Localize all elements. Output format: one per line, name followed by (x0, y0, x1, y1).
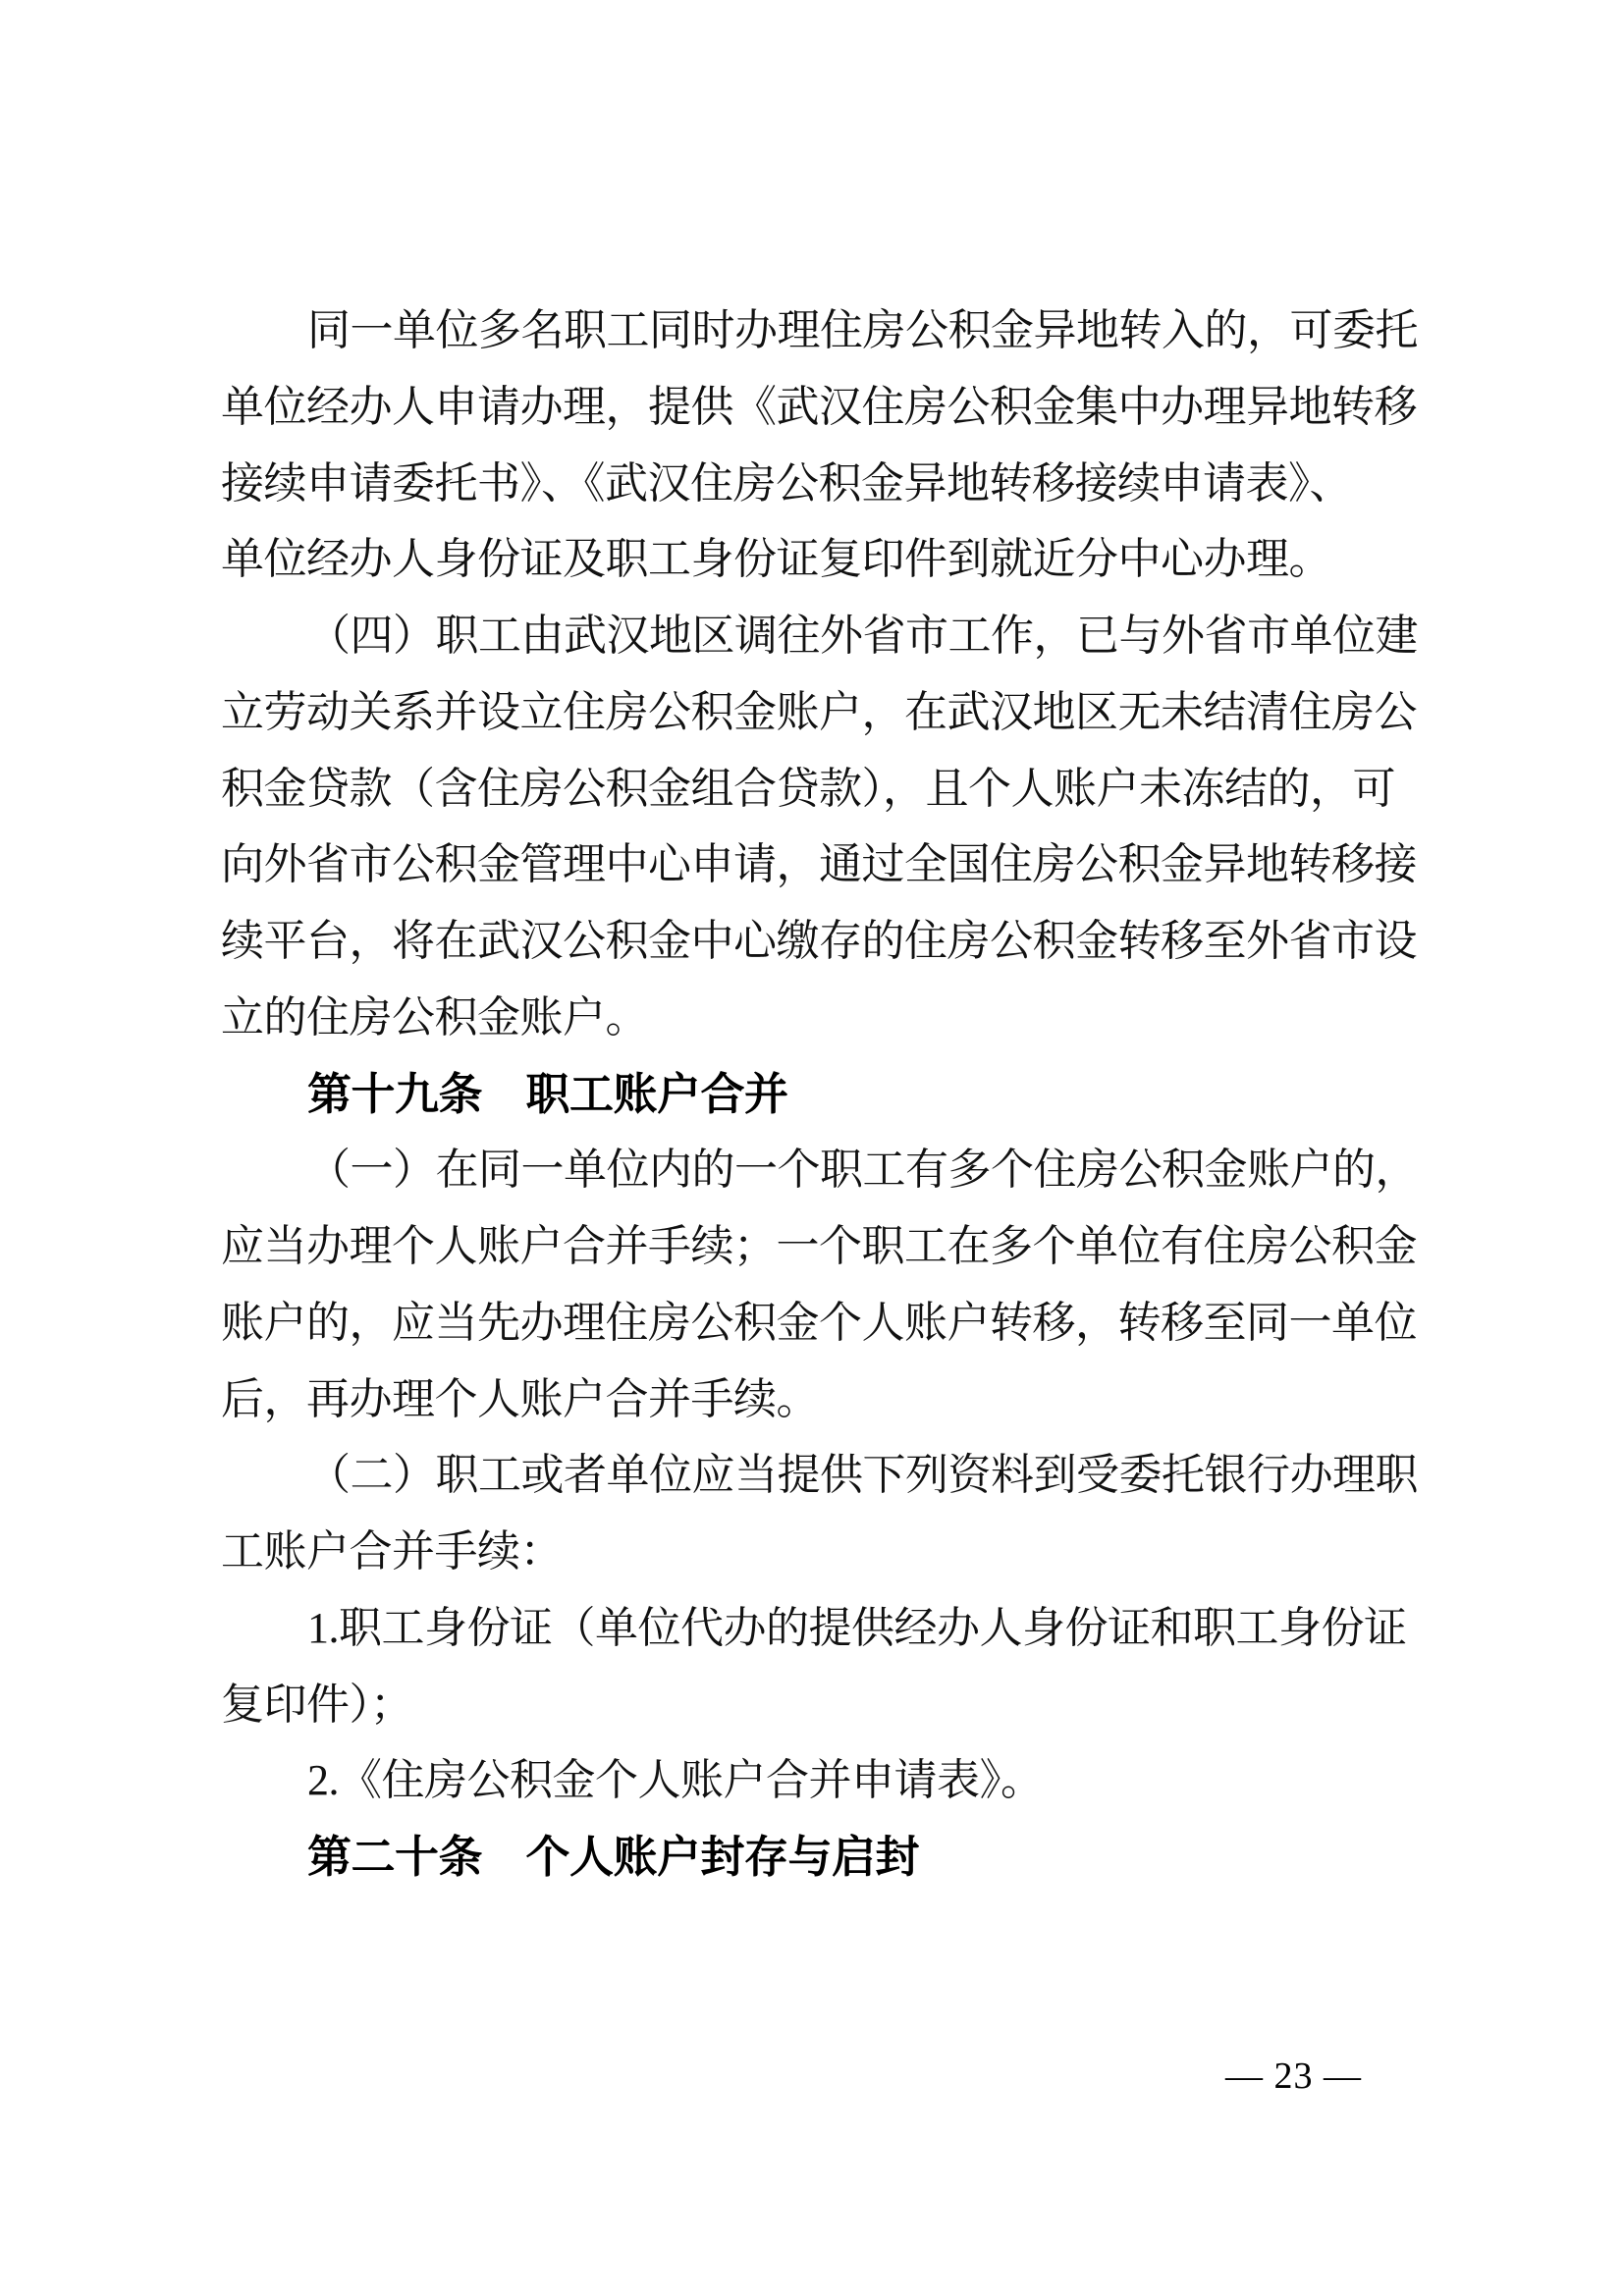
doc-line: 工账户合并手续： (221, 1514, 1468, 1590)
section-heading: 第二十条 个人账户封存与启封 (221, 1819, 1468, 1896)
doc-line: 向外省市公积金管理中心申请，通过全国住房公积金异地转移接 (221, 827, 1468, 903)
doc-line: 后，再办理个人账户合并手续。 (221, 1362, 1468, 1438)
doc-line: 单位经办人身份证及职工身份证复印件到就近分中心办理。 (221, 521, 1468, 598)
doc-line: （一）在同一单位内的一个职工有多个住房公积金账户的， (221, 1132, 1468, 1208)
doc-line: 2.《住房公积金个人账户合并申请表》。 (221, 1742, 1468, 1819)
doc-line: 立的住房公积金账户。 (221, 980, 1468, 1056)
doc-line: 同一单位多名职工同时办理住房公积金异地转入的，可委托 (221, 293, 1468, 369)
doc-line: 立劳动关系并设立住房公积金账户，在武汉地区无未结清住房公 (221, 674, 1468, 751)
document-page: 同一单位多名职工同时办理住房公积金异地转入的，可委托 单位经办人申请办理，提供《… (0, 0, 1623, 2296)
doc-line: 复印件）； (221, 1667, 1468, 1743)
text-block: 同一单位多名职工同时办理住房公积金异地转入的，可委托 单位经办人申请办理，提供《… (221, 293, 1468, 1896)
doc-line: 应当办理个人账户合并手续；一个职工在多个单位有住房公积金 (221, 1208, 1468, 1285)
doc-line: 积金贷款（含住房公积金组合贷款），且个人账户未冻结的，可 (221, 751, 1468, 828)
doc-line: 接续申请委托书》、《武汉住房公积金异地转移接续申请表》、 (221, 446, 1468, 522)
doc-line: （四）职工由武汉地区调往外省市工作，已与外省市单位建 (221, 598, 1468, 674)
doc-line: 账户的，应当先办理住房公积金个人账户转移，转移至同一单位 (221, 1285, 1468, 1362)
doc-line: （二）职工或者单位应当提供下列资料到受委托银行办理职 (221, 1437, 1468, 1514)
doc-line: 1.职工身份证（单位代办的提供经办人身份证和职工身份证 (221, 1590, 1468, 1667)
doc-line: 续平台，将在武汉公积金中心缴存的住房公积金转移至外省市设 (221, 903, 1468, 980)
doc-line: 单位经办人申请办理，提供《武汉住房公积金集中办理异地转移 (221, 369, 1468, 446)
section-heading: 第十九条 职工账户合并 (221, 1056, 1468, 1133)
page-number: — 23 — (1225, 2055, 1362, 2098)
